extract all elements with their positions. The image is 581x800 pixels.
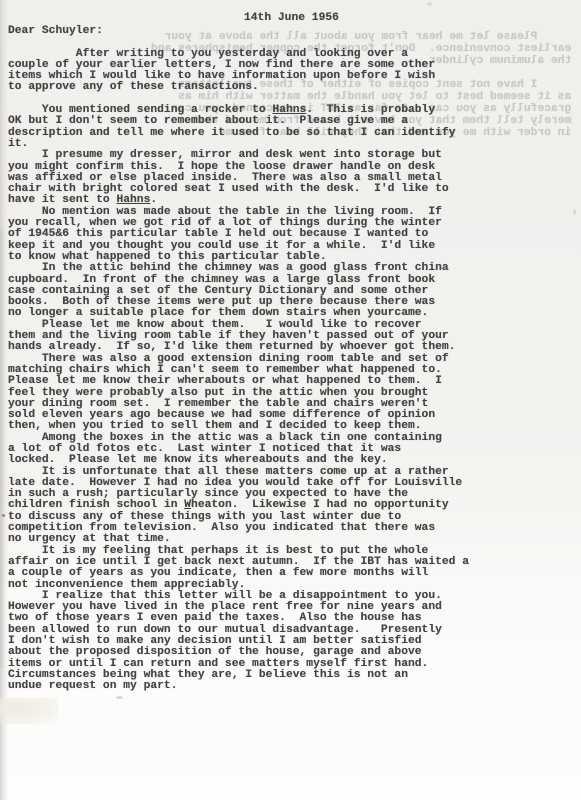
scan-edge-shadow-dark [0, 228, 5, 668]
letter-body-text: Dear Schuyler: After writing to you yest… [8, 26, 573, 693]
scan-stain [0, 698, 58, 724]
scan-speck [116, 696, 123, 699]
letter-date: 14th June 1956 [244, 12, 339, 24]
scan-speck [573, 209, 576, 215]
scan-speck [2, 514, 5, 517]
scan-speck [427, 2, 432, 6]
scanned-letter-page: Please let me hear from you about all th… [0, 0, 581, 800]
